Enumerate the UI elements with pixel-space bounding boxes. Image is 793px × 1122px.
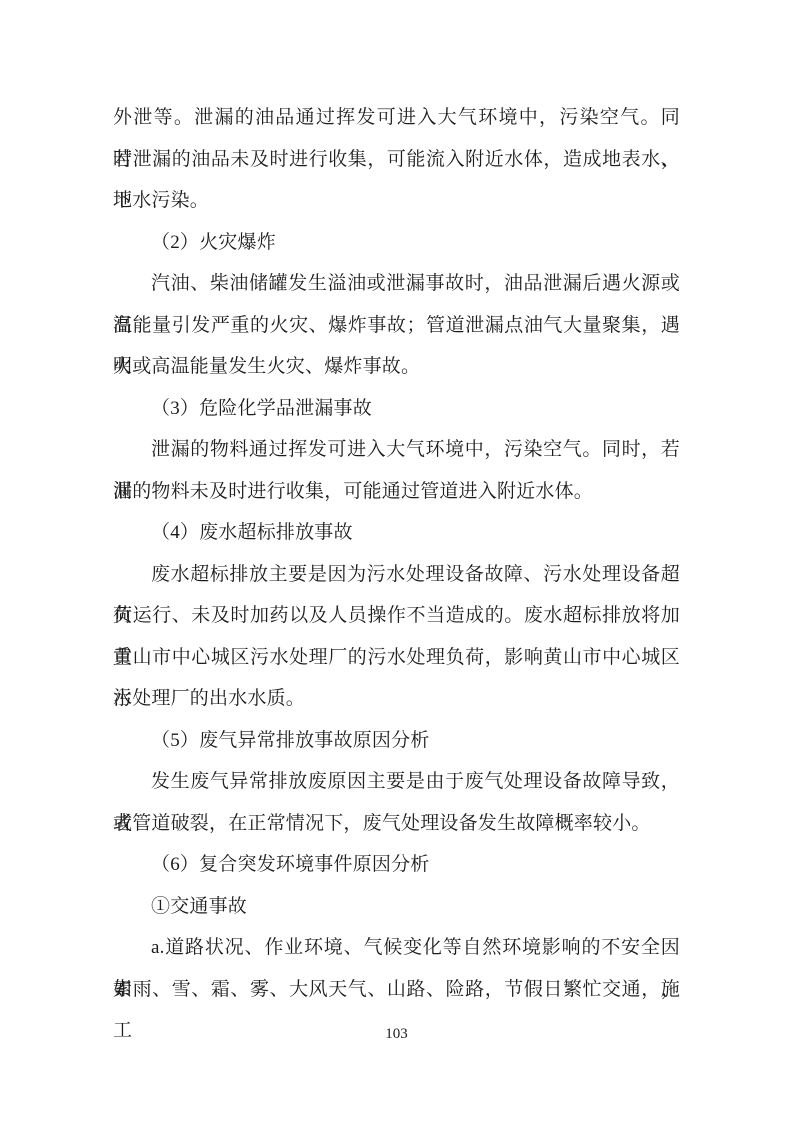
text-line: 荷运行、未及时加药以及人员操作不当造成的。废水超标排放将加重 bbox=[113, 595, 680, 637]
text-line: 外泄等。泄漏的油品通过挥发可进入大气环境中，污染空气。同时， bbox=[113, 97, 680, 139]
text-line: 发生废气异常排放废原因主要是由于废气处理设备故障导致，或 bbox=[113, 761, 680, 803]
text-line: 温能量引发严重的火灾、爆炸事故；管道泄漏点油气大量聚集，遇明 bbox=[113, 305, 680, 347]
text-line: 漏的物料未及时进行收集，可能通过管道进入附近水体。 bbox=[113, 471, 680, 513]
section-heading: （2）火灾爆炸 bbox=[113, 222, 680, 264]
text-line: 火或高温能量发生火灾、爆炸事故。 bbox=[113, 346, 680, 388]
text-line: 废水超标排放主要是因为污水处理设备故障、污水处理设备超负 bbox=[113, 554, 680, 596]
text-line: 汽油、柴油储罐发生溢油或泄漏事故时，油品泄漏后遇火源或高 bbox=[113, 263, 680, 305]
text-line: 泄漏的物料通过挥发可进入大气环境中，污染空气。同时，若泄 bbox=[113, 429, 680, 471]
page-number: 103 bbox=[0, 1024, 793, 1044]
text-line: 者管道破裂，在正常情况下，废气处理设备发生故障概率较小。 bbox=[113, 803, 680, 845]
sub-heading: ①交通事故 bbox=[113, 886, 680, 928]
text-line: 若泄漏的油品未及时进行收集，可能流入附近水体，造成地表水、地 bbox=[113, 139, 680, 181]
text-line: 黄山市中心城区污水处理厂的污水处理负荷，影响黄山市中心城区污 bbox=[113, 637, 680, 679]
text-line: 水处理厂的出水水质。 bbox=[113, 678, 680, 720]
section-heading: （5）废气异常排放事故原因分析 bbox=[113, 720, 680, 762]
page-body: 外泄等。泄漏的油品通过挥发可进入大气环境中，污染空气。同时， 若泄漏的油品未及时… bbox=[113, 97, 680, 1010]
section-heading: （3）危险化学品泄漏事故 bbox=[113, 388, 680, 430]
section-heading: （6）复合突发环境事件原因分析 bbox=[113, 844, 680, 886]
section-heading: （4）废水超标排放事故 bbox=[113, 512, 680, 554]
text-line: 下水污染。 bbox=[113, 180, 680, 222]
text-line: a.道路状况、作业环境、气候变化等自然环境影响的不安全因素， bbox=[113, 927, 680, 969]
text-line: 如雨、雪、霜、雾、大风天气、山路、险路，节假日繁忙交通，施工 bbox=[113, 969, 680, 1011]
document-page: 外泄等。泄漏的油品通过挥发可进入大气环境中，污染空气。同时， 若泄漏的油品未及时… bbox=[0, 0, 793, 1122]
